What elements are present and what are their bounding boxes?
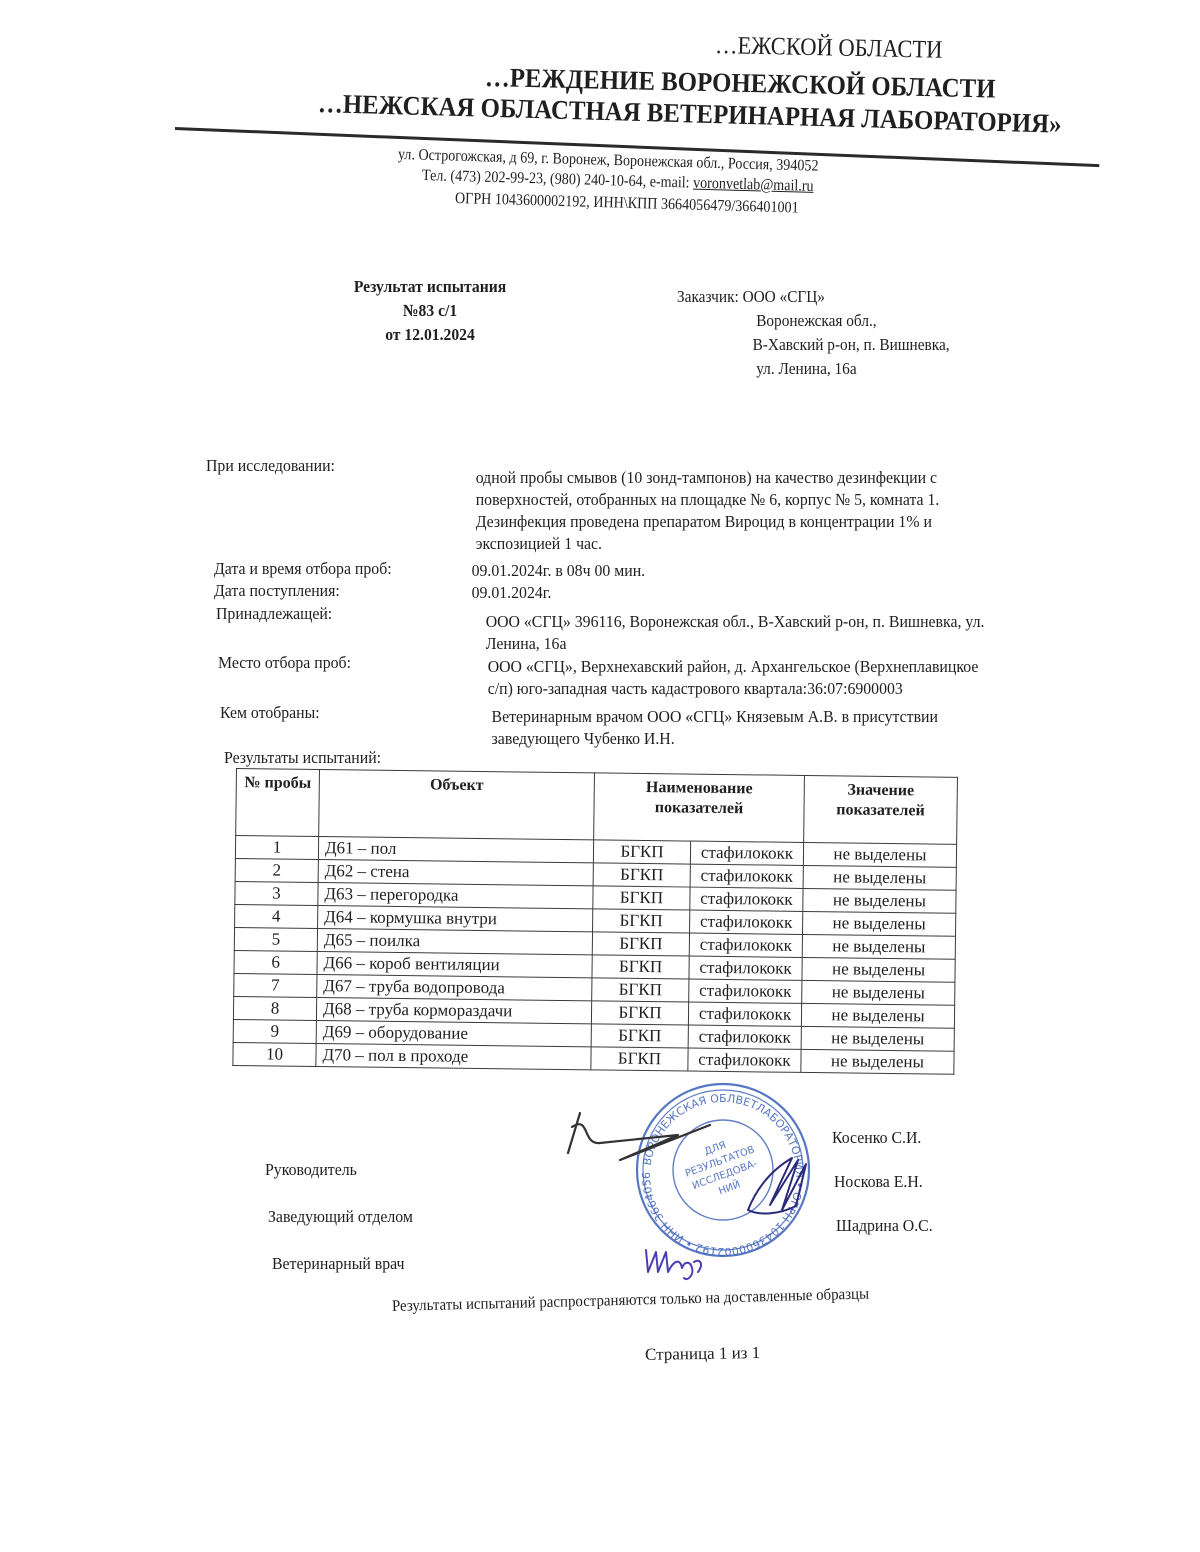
cell-indicator-1: БГКП xyxy=(593,840,690,864)
cell-indicator-1: БГКП xyxy=(592,955,689,979)
sampled-by-line: заведующего Чубенко И.Н. xyxy=(492,728,938,750)
cell-indicator-2: стафилококк xyxy=(690,910,803,934)
results-label: Результаты испытаний: xyxy=(224,748,381,768)
cell-value: не выделены xyxy=(802,980,955,1005)
header-value: Значение показателей xyxy=(804,775,958,844)
cell-object: Д62 – стена xyxy=(318,860,593,886)
name-department-head: Носкова Е.Н. xyxy=(834,1172,923,1192)
cell-indicator-2: стафилококк xyxy=(689,933,802,957)
research-value: одной пробы смывов (10 зонд-тампонов) на… xyxy=(476,467,1053,555)
cell-indicator-1: БГКП xyxy=(592,932,689,956)
research-label: При исследовании: xyxy=(206,455,335,477)
cell-indicator-1: БГКП xyxy=(593,863,690,887)
location-value: ООО «СГЦ», Верхнехавский район, д. Архан… xyxy=(488,656,979,700)
cell-indicator-2: стафилококк xyxy=(689,979,802,1003)
cell-object: Д68 – труба кормораздачи xyxy=(316,998,591,1024)
cell-indicator-2: стафилококк xyxy=(688,1048,801,1072)
footer-disclaimer: Результаты испытаний распространяются то… xyxy=(392,1286,869,1316)
cell-value: не выделены xyxy=(803,865,956,890)
cell-indicator-1: БГКП xyxy=(591,1047,688,1071)
cell-number: 8 xyxy=(233,996,316,1020)
cell-indicator-2: стафилококк xyxy=(689,956,802,980)
cell-indicator-2: стафилококк xyxy=(690,864,803,888)
cell-value: не выделены xyxy=(802,934,955,959)
cell-indicator-2: стафилококк xyxy=(688,1025,801,1049)
research-line: Дезинфекция проведена препаратом Вироцид… xyxy=(476,511,1053,533)
sampling-datetime-label: Дата и время отбора проб: xyxy=(214,558,392,580)
research-line: экспозицией 1 час. xyxy=(476,533,1053,555)
signature-department-head-icon xyxy=(740,1150,815,1225)
receipt-date-label: Дата поступления: xyxy=(214,580,340,602)
cell-indicator-2: стафилококк xyxy=(690,841,803,865)
customer-address-3: ул. Ленина, 16а xyxy=(677,357,950,381)
signature-director-icon xyxy=(560,1105,720,1165)
header-registration: ОГРН 1043600002192, ИНН\КПП 3664056479/3… xyxy=(455,190,799,218)
name-director: Косенко С.И. xyxy=(832,1128,921,1148)
owner-line: ООО «СГЦ» 396116, Воронежская обл., В-Ха… xyxy=(486,611,985,633)
results-table: № пробы Объект Наименование показателей … xyxy=(232,768,958,1075)
header-line-top: …ЕЖСКОЙ ОБЛАСТИ xyxy=(715,32,943,65)
cell-value: не выделены xyxy=(802,957,955,982)
cell-number: 10 xyxy=(233,1042,316,1066)
cell-object: Д67 – труба водопровода xyxy=(317,975,592,1001)
cell-object: Д66 – короб вентиляции xyxy=(317,952,592,978)
cell-indicator-2: стафилококк xyxy=(688,1002,801,1026)
sampled-by-line: Ветеринарным врачом ООО «СГЦ» Князевым А… xyxy=(492,706,938,728)
name-veterinarian: Шадрина О.С. xyxy=(836,1216,933,1236)
research-line: одной пробы смывов (10 зонд-тампонов) на… xyxy=(476,467,1053,489)
cell-value: не выделены xyxy=(801,1049,954,1074)
owner-label: Принадлежащей: xyxy=(216,603,332,625)
document-title: Результат испытания №83 с/1 от 12.01.202… xyxy=(338,275,522,347)
cell-object: Д70 – пол в проходе xyxy=(316,1043,591,1069)
cell-value: не выделены xyxy=(803,911,956,936)
cell-number: 1 xyxy=(235,836,318,860)
document-page: …ЕЖСКОЙ ОБЛАСТИ …РЕЖДЕНИЕ ВОРОНЕЖСКОЙ ОБ… xyxy=(0,0,1200,1552)
location-line: ООО «СГЦ», Верхнехавский район, д. Архан… xyxy=(488,656,979,678)
cell-indicator-1: БГКП xyxy=(591,1024,688,1048)
cell-object: Д63 – перегородка xyxy=(318,883,593,909)
cell-value: не выделены xyxy=(803,842,956,867)
title-text: Результат испытания xyxy=(338,275,522,299)
research-line: поверхностей, отобранных на площадке № 6… xyxy=(476,489,1053,511)
role-director: Руководитель xyxy=(265,1160,357,1180)
owner-value: ООО «СГЦ» 396116, Воронежская обл., В-Ха… xyxy=(486,611,985,655)
page-number: Страница 1 из 1 xyxy=(645,1343,761,1365)
customer-address-2: В-Хавский р-он, п. Вишневка, xyxy=(677,333,950,357)
location-line: с/п) юго-западная часть кадастрового ква… xyxy=(488,678,979,700)
cell-number: 3 xyxy=(235,881,318,905)
cell-number: 4 xyxy=(235,904,318,928)
sampled-by-value: Ветеринарным врачом ООО «СГЦ» Князевым А… xyxy=(492,706,938,750)
sampling-datetime-value: 09.01.2024г. в 08ч 00 мин. xyxy=(472,560,646,582)
cell-object: Д69 – оборудование xyxy=(316,1021,591,1047)
sampled-by-label: Кем отобраны: xyxy=(220,702,320,724)
header-sample-number: № пробы xyxy=(236,769,320,837)
cell-object: Д64 – кормушка внутри xyxy=(318,906,593,932)
receipt-date-value: 09.01.2024г. xyxy=(472,582,552,604)
cell-indicator-1: БГКП xyxy=(592,978,689,1002)
cell-object: Д61 – пол xyxy=(318,837,593,863)
location-label: Место отбора проб: xyxy=(218,652,351,674)
cell-number: 2 xyxy=(235,858,318,882)
header-object: Объект xyxy=(319,770,595,840)
role-department-head: Заведующий отделом xyxy=(268,1207,413,1227)
cell-object: Д65 – поилка xyxy=(317,929,592,955)
cell-indicator-1: БГКП xyxy=(593,909,690,933)
header-indicators: Наименование показателей xyxy=(594,773,805,843)
cell-value: не выделены xyxy=(801,1003,954,1028)
cell-number: 9 xyxy=(233,1019,316,1043)
cell-indicator-2: стафилококк xyxy=(690,887,803,911)
cell-value: не выделены xyxy=(801,1026,954,1051)
table-header-row: № пробы Объект Наименование показателей … xyxy=(236,769,958,845)
cell-indicator-1: БГКП xyxy=(593,886,690,910)
role-veterinarian: Ветеринарный врач xyxy=(272,1254,404,1274)
signature-veterinarian-icon xyxy=(640,1240,710,1285)
cell-value: не выделены xyxy=(803,888,956,913)
title-date: от 12.01.2024 xyxy=(338,323,522,347)
cell-indicator-1: БГКП xyxy=(591,1001,688,1025)
header-email-link[interactable]: voronvetlab@mail.ru xyxy=(693,175,814,195)
title-number: №83 с/1 xyxy=(338,299,522,323)
cell-number: 6 xyxy=(234,950,317,974)
cell-number: 5 xyxy=(234,927,317,951)
customer-label: Заказчик: xyxy=(677,287,739,306)
results-table-wrapper: № пробы Объект Наименование показателей … xyxy=(232,768,958,1075)
customer-address-1: Воронежская обл., xyxy=(677,309,950,333)
owner-line: Ленина, 16а xyxy=(486,633,985,655)
customer-name: ООО «СГЦ» xyxy=(743,287,825,306)
customer-block: Заказчик: ООО «СГЦ» Воронежская обл., В-… xyxy=(677,285,950,381)
cell-number: 7 xyxy=(234,973,317,997)
